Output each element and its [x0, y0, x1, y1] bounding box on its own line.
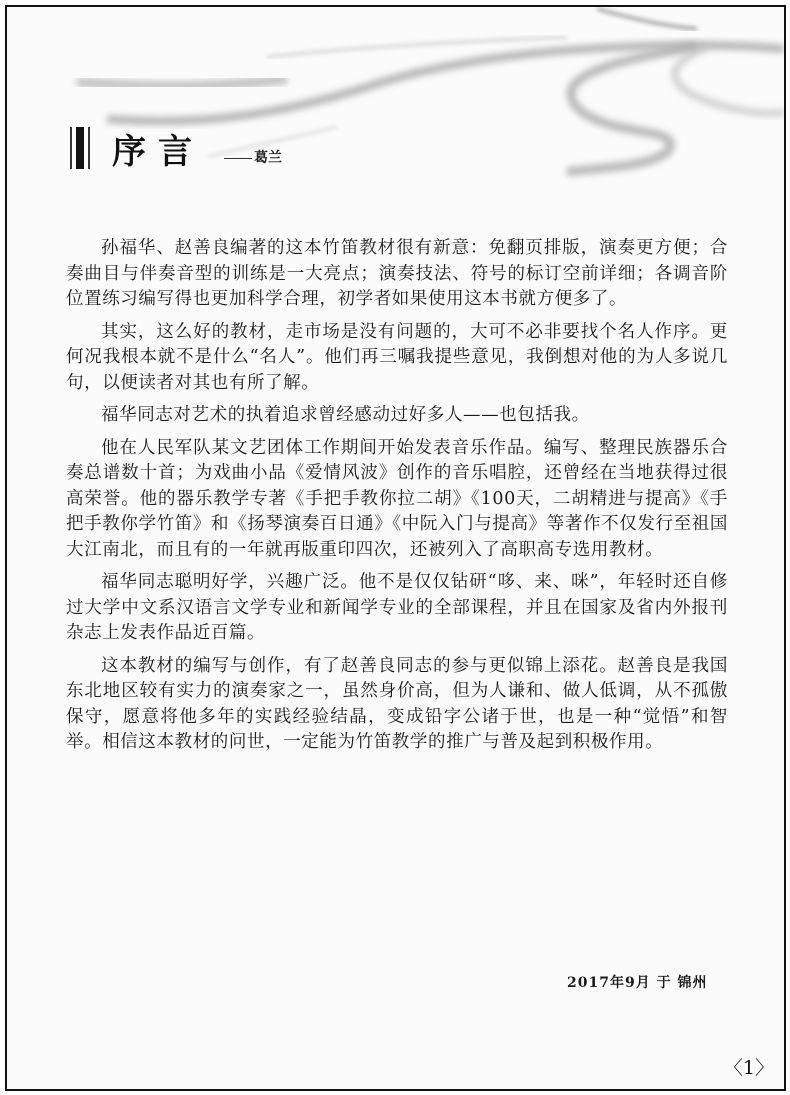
preface-body: 孙福华、赵善良编著的这本竹笛教材很有新意：免翻页排版，演奏更方便；合奏曲目与伴奏… [66, 236, 728, 763]
preface-heading: 序言 葛兰 [70, 122, 282, 174]
ink-brush-decoration [7, 7, 784, 207]
author-byline: 葛兰 [224, 147, 282, 167]
document-page: 序言 葛兰 孙福华、赵善良编著的这本竹笛教材很有新意：免翻页排版，演奏更方便；合… [5, 5, 786, 1091]
date-signature: 2017年9月 于 锦州 [567, 972, 707, 992]
ornament-thin-bar [88, 127, 90, 169]
paragraph-2: 其实，这么好的教材，走市场是没有问题的，大可不必非要找个名人作序。更何况我根本就… [66, 320, 728, 397]
paragraph-4: 他在人民军队某文艺团体工作期间开始发表音乐作品。编写、整理民族器乐合奏总谱数十首… [66, 436, 728, 564]
paragraph-1: 孙福华、赵善良编著的这本竹笛教材很有新意：免翻页排版，演奏更方便；合奏曲目与伴奏… [66, 236, 728, 313]
paragraph-3: 福华同志对艺术的执着追求曾经感动过好多人——也包括我。 [66, 403, 728, 429]
title-bar-ornament [70, 127, 90, 169]
author-name: 葛兰 [254, 150, 282, 166]
paragraph-5: 福华同志聪明好学，兴趣广泛。他不是仅仅钻研“哆、来、咪”，年轻时还自修过大学中文… [66, 570, 728, 647]
em-dash [224, 158, 252, 159]
page-number: 〈1〉 [724, 1053, 774, 1080]
ornament-thick-bar [76, 127, 84, 169]
paragraph-6: 这本教材的编写与创作，有了赵善良同志的参与更似锦上添花。赵善良是我国东北地区较有… [66, 654, 728, 756]
page-title: 序言 [112, 124, 204, 173]
ornament-thin-bar [70, 127, 72, 169]
